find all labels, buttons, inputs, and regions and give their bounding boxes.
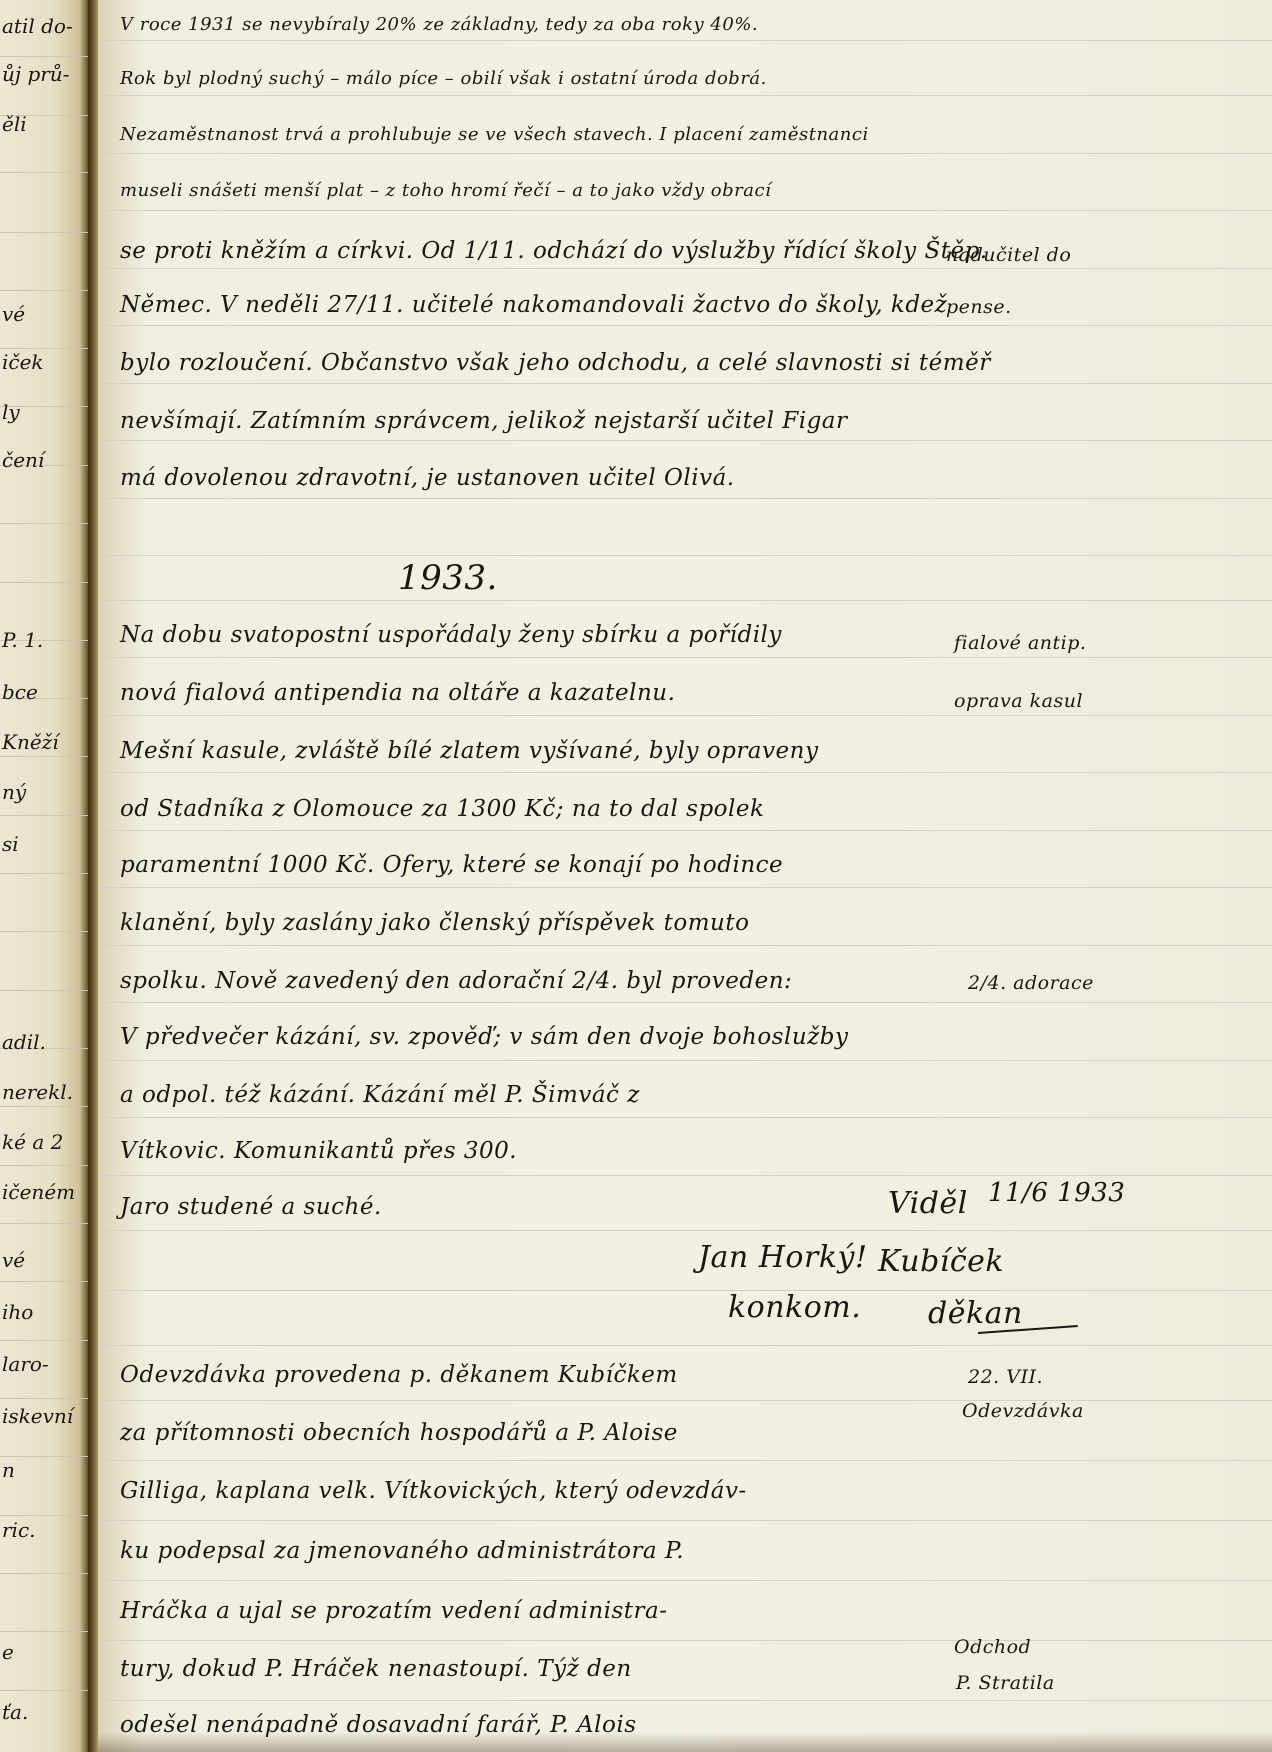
text-line: bylo rozloučení. Občanstvo však jeho odc… xyxy=(120,350,991,376)
left-fragment: e xyxy=(2,1640,14,1664)
text-line: za přítomnosti obecních hospodářů a P. A… xyxy=(120,1420,678,1446)
text-line: V roce 1931 se nevybíraly 20% ze základn… xyxy=(120,14,758,35)
left-fragment: ly xyxy=(2,400,20,424)
left-fragment: iček xyxy=(2,350,44,374)
author-signature: Jan Horký! xyxy=(698,1240,868,1275)
left-fragment: ůj prů- xyxy=(2,62,69,86)
left-fragment: ťa. xyxy=(2,1700,28,1724)
left-fragment: ičeném xyxy=(2,1180,75,1204)
margin-note: nadučitel do xyxy=(946,244,1071,266)
left-fragment: adil. xyxy=(2,1030,46,1054)
text-line: Jaro studené a suché. xyxy=(120,1194,382,1220)
text-line: tury, dokud P. Hráček nenastoupí. Týž de… xyxy=(120,1656,632,1682)
dean-title: děkan xyxy=(928,1296,1023,1331)
text-line: ku podepsal za jmenovaného administrátor… xyxy=(120,1538,684,1564)
left-fragment: P. 1. xyxy=(2,628,43,652)
text-line: a odpol. též kázání. Kázání měl P. Šimvá… xyxy=(120,1082,640,1108)
left-fragment: n xyxy=(2,1458,15,1482)
page-bottom-edge xyxy=(98,1732,1272,1752)
text-line: Mešní kasule, zvláště bílé zlatem vyšíva… xyxy=(120,738,818,764)
left-fragment: Kněží xyxy=(2,730,59,754)
left-fragment: iho xyxy=(2,1300,33,1324)
left-fragment: bce xyxy=(2,680,38,704)
text-line: Na dobu svatopostní uspořádaly ženy sbír… xyxy=(120,622,782,648)
margin-note: P. Stratila xyxy=(956,1672,1055,1694)
chronicle-spread: atil do- ůj prů- ěli vé iček ly čení P. … xyxy=(0,0,1272,1752)
left-fragment: ké a 2 xyxy=(2,1130,63,1154)
text-line: od Stadníka z Olomouce za 1300 Kč; na to… xyxy=(120,796,764,822)
text-line: museli snášeti menší plat – z toho hromí… xyxy=(120,180,771,201)
text-line: Nezaměstnanost trvá a prohlubuje se ve v… xyxy=(120,124,869,145)
left-fragment: ný xyxy=(2,780,26,804)
left-fragment: vé xyxy=(2,1248,25,1272)
text-line: se proti kněžím a církvi. Od 1/11. odchá… xyxy=(120,238,988,264)
margin-note: oprava kasul xyxy=(954,690,1083,712)
left-fragment: ric. xyxy=(2,1518,36,1542)
text-line: Odevzdávka provedena p. děkanem Kubíčkem xyxy=(120,1362,678,1388)
seen-date: 11/6 1933 xyxy=(988,1178,1125,1208)
text-line: V předvečer kázání, sv. zpověď; v sám de… xyxy=(120,1024,848,1050)
left-fragment: nerekl. xyxy=(2,1080,73,1104)
text-line: klanění, byly zaslány jako členský přísp… xyxy=(120,910,749,936)
seen-label: Viděl xyxy=(888,1186,968,1221)
margin-note: Odevzdávka xyxy=(962,1400,1084,1422)
text-line: nevšímají. Zatímním správcem, jelikož ne… xyxy=(120,408,848,434)
author-title: konkom. xyxy=(728,1290,861,1325)
left-fragment: iskevní xyxy=(2,1404,73,1428)
year-heading: 1933. xyxy=(398,558,498,598)
left-fragment: si xyxy=(2,832,19,856)
text-line: spolku. Nově zavedený den adorační 2/4. … xyxy=(120,968,792,994)
text-line: má dovolenou zdravotní, je ustanoven uči… xyxy=(120,465,735,491)
left-fragment: atil do- xyxy=(2,14,73,38)
text-line: nová fialová antipendia na oltáře a kaza… xyxy=(120,680,675,706)
margin-note: 2/4. adorace xyxy=(968,972,1094,994)
margin-note: 22. VII. xyxy=(968,1366,1043,1388)
text-line: paramentní 1000 Kč. Ofery, které se kona… xyxy=(120,852,783,878)
left-page: atil do- ůj prů- ěli vé iček ly čení P. … xyxy=(0,0,90,1752)
text-line: Němec. V neděli 27/11. učitelé nakomando… xyxy=(120,292,947,318)
margin-note: Odchod xyxy=(954,1636,1031,1658)
left-fragment: laro- xyxy=(2,1352,49,1376)
text-line: Gilliga, kaplana velk. Vítkovických, kte… xyxy=(120,1478,747,1504)
left-fragment: vé xyxy=(2,302,25,326)
left-fragment: ěli xyxy=(2,112,27,136)
left-fragment: čení xyxy=(2,448,44,472)
right-page: V roce 1931 se nevybíraly 20% ze základn… xyxy=(98,0,1272,1752)
book-binding-gutter xyxy=(88,0,98,1752)
text-line: Vítkovic. Komunikantů přes 300. xyxy=(120,1138,517,1164)
text-line: Hráčka a ujal se prozatím vedení adminis… xyxy=(120,1598,668,1624)
dean-signature: Kubíček xyxy=(878,1244,1004,1279)
margin-note: pense. xyxy=(946,296,1012,318)
text-line: Rok byl plodný suchý – málo píce – obilí… xyxy=(120,68,767,89)
margin-note: fialové antip. xyxy=(954,632,1086,654)
